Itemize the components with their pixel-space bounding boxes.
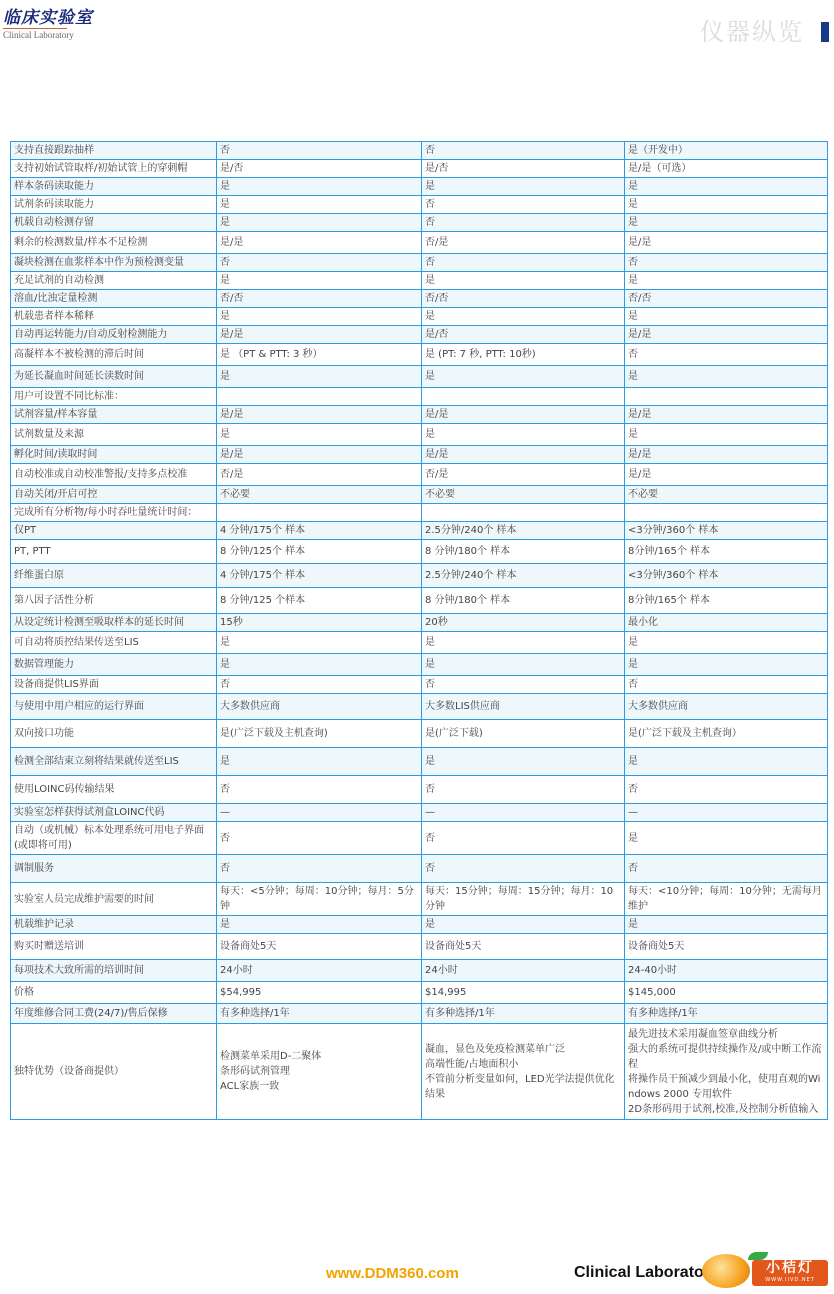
instrument-b-cell: 否	[422, 196, 625, 214]
row-label-cell: 检测全部结束立刻将结果就传送至LIS	[11, 748, 217, 776]
instrument-c-cell: 否	[625, 676, 828, 694]
instrument-c-cell: 是/是	[625, 446, 828, 464]
instrument-c-cell	[625, 388, 828, 406]
instrument-b-cell: 是/是	[422, 406, 625, 424]
instrument-a-cell: 检测菜单采用D-二聚体 条形码试剂管理 ACL家族一致	[217, 1024, 422, 1120]
instrument-b-cell: 是/否	[422, 326, 625, 344]
instrument-b-cell: 是	[422, 272, 625, 290]
table-row: 溶血/比浊定量检测否/否否/否否/否	[11, 290, 828, 308]
instrument-a-cell: 15秒	[217, 614, 422, 632]
table-row: 支持直接跟踪抽样否否是（开发中）	[11, 142, 828, 160]
instrument-b-cell: 2.5分钟/240个 样本	[422, 522, 625, 540]
instrument-b-cell: 是	[422, 916, 625, 934]
row-label-cell: 购买时赠送培训	[11, 934, 217, 960]
instrument-a-cell: 是/是	[217, 406, 422, 424]
row-label-cell: 第八因子活性分析	[11, 588, 217, 614]
instrument-a-cell: 设备商处5天	[217, 934, 422, 960]
table-row: 独特优势（设备商提供）检测菜单采用D-二聚体 条形码试剂管理 ACL家族一致凝血…	[11, 1024, 828, 1120]
instrument-c-cell: 是/是（可选）	[625, 160, 828, 178]
instrument-c-cell: 否	[625, 776, 828, 804]
table-row: 每项技术大致所需的培训时间24小时24小时24-40小时	[11, 960, 828, 982]
instrument-a-cell: —	[217, 804, 422, 822]
footer-brand-text: Clinical Laboratory	[574, 1264, 709, 1282]
table-row: 从设定统计检测至吸取样本的延长时间15秒20秒最小化	[11, 614, 828, 632]
table-row: 自动（或机械）标本处理系统可用电子界面(或即将可用)否否是	[11, 822, 828, 855]
instrument-b-cell: 24小时	[422, 960, 625, 982]
row-label-cell: 自动再运转能力/自动反射检测能力	[11, 326, 217, 344]
instrument-c-cell: 是/是	[625, 232, 828, 254]
instrument-a-cell: 是/是	[217, 446, 422, 464]
table-row: 机载自动检测存留是否是	[11, 214, 828, 232]
logo-chinese-text: 临床实验室	[3, 8, 67, 29]
instrument-b-cell: 是	[422, 748, 625, 776]
instrument-c-cell: 大多数供应商	[625, 694, 828, 720]
instrument-a-cell: 否	[217, 822, 422, 855]
table-row: 试剂容量/样本容量是/是是/是是/是	[11, 406, 828, 424]
instrument-c-cell: 否	[625, 855, 828, 883]
footer-url-link[interactable]: www.DDM360.com	[326, 1265, 459, 1282]
row-label-cell: 高凝样本不被检测的滞后时间	[11, 344, 217, 366]
table-row: 使用LOINC码传输结果否否否	[11, 776, 828, 804]
instrument-c-cell: 有多种选择/1年	[625, 1004, 828, 1024]
instrument-b-cell: 否	[422, 214, 625, 232]
instrument-a-cell: 24小时	[217, 960, 422, 982]
instrument-a-cell: 有多种选择/1年	[217, 1004, 422, 1024]
instrument-c-cell: 是(广泛下载及主机查询）	[625, 720, 828, 748]
instrument-b-cell: 否	[422, 676, 625, 694]
instrument-a-cell: 是	[217, 916, 422, 934]
instrument-c-cell: 是	[625, 916, 828, 934]
row-label-cell: 试剂条码读取能力	[11, 196, 217, 214]
instrument-b-cell: 凝血，显色及免疫检测菜单广泛 高端性能/占地面积小 不管前分析变量如何，LED光…	[422, 1024, 625, 1120]
instrument-a-cell: 大多数供应商	[217, 694, 422, 720]
row-label-cell: 价格	[11, 982, 217, 1004]
instrument-a-cell: 是	[217, 308, 422, 326]
table-row: 自动关闭/开启可控不必要不必要不必要	[11, 486, 828, 504]
row-label-cell: 凝块检测在血浆样本中作为预检测变量	[11, 254, 217, 272]
instrument-c-cell	[625, 504, 828, 522]
instrument-c-cell: $145,000	[625, 982, 828, 1004]
instrument-a-cell: 否/否	[217, 290, 422, 308]
table-row: 仅PT4 分钟/175个 样本2.5分钟/240个 样本<3分钟/360个 样本	[11, 522, 828, 540]
table-row: 实验室怎样获得试剂盒LOINC代码———	[11, 804, 828, 822]
instrument-c-cell: <3分钟/360个 样本	[625, 522, 828, 540]
instrument-b-cell: 是	[422, 178, 625, 196]
instrument-a-cell: 是	[217, 424, 422, 446]
row-label-cell: 调制服务	[11, 855, 217, 883]
table-row: 自动再运转能力/自动反射检测能力是/是是/否是/是	[11, 326, 828, 344]
orange-icon	[702, 1254, 750, 1288]
row-label-cell: 孵化时间/读取时间	[11, 446, 217, 464]
row-label-cell: 机载患者样本稀释	[11, 308, 217, 326]
instrument-b-cell: 是	[422, 366, 625, 388]
table-row: 可自动将质控结果传送至LIS是是是	[11, 632, 828, 654]
row-label-cell: 试剂数量及来源	[11, 424, 217, 446]
instrument-b-cell: 是/否	[422, 160, 625, 178]
row-label-cell: 实验室怎样获得试剂盒LOINC代码	[11, 804, 217, 822]
instrument-a-cell: 是	[217, 632, 422, 654]
instrument-b-cell: 否/是	[422, 464, 625, 486]
instrument-b-cell: —	[422, 804, 625, 822]
instrument-a-cell: 不必要	[217, 486, 422, 504]
instrument-a-cell: $54,995	[217, 982, 422, 1004]
table-row: 用户可设置不同比标准：	[11, 388, 828, 406]
row-label-cell: 充足试剂的自动检测	[11, 272, 217, 290]
instrument-b-cell: 设备商处5天	[422, 934, 625, 960]
table-row: 样本条码读取能力是是是	[11, 178, 828, 196]
instrument-b-cell: 是	[422, 424, 625, 446]
row-label-cell: 机载自动检测存留	[11, 214, 217, 232]
row-label-cell: 从设定统计检测至吸取样本的延长时间	[11, 614, 217, 632]
table-row: 高凝样本不被检测的滞后时间是 （PT & PTT: 3 秒）是 (PT: 7 秒…	[11, 344, 828, 366]
row-label-cell: 设备商提供LIS界面	[11, 676, 217, 694]
instrument-a-cell: 否	[217, 676, 422, 694]
table-row: 纤维蛋白原4 分钟/175个 样本2.5分钟/240个 样本<3分钟/360个 …	[11, 564, 828, 588]
instrument-a-cell: 4 分钟/175个 样本	[217, 522, 422, 540]
instrument-c-cell: 否	[625, 344, 828, 366]
instrument-c-cell: 不必要	[625, 486, 828, 504]
row-label-cell: 剩余的检测数量/样本不足检测	[11, 232, 217, 254]
instrument-c-cell: 是	[625, 632, 828, 654]
section-title: 仪器纵览	[700, 17, 804, 47]
instrument-a-cell: 是	[217, 654, 422, 676]
row-label-cell: 支持初始试管取样/初始试管上的穿刺帽	[11, 160, 217, 178]
leaf-icon	[748, 1252, 768, 1260]
table-row: 调制服务否否否	[11, 855, 828, 883]
instrument-b-cell: 否	[422, 142, 625, 160]
table-row: 机载患者样本稀释是是是	[11, 308, 828, 326]
instrument-a-cell: 每天：<5分钟；每周：10分钟；每月：5分钟	[217, 883, 422, 916]
row-label-cell: 年度维修合同工费(24/7)/售后保修	[11, 1004, 217, 1024]
instrument-a-cell: 否	[217, 855, 422, 883]
table-row: 检测全部结束立刻将结果就传送至LIS是是是	[11, 748, 828, 776]
instrument-b-cell: 否/是	[422, 232, 625, 254]
instrument-a-cell: 是	[217, 214, 422, 232]
instrument-b-cell: 是(广泛下载)	[422, 720, 625, 748]
row-label-cell: 双向接口功能	[11, 720, 217, 748]
instrument-b-cell: 每天：15分钟；每周：15分钟；每月：10分钟	[422, 883, 625, 916]
instrument-c-cell: 是	[625, 424, 828, 446]
instrument-a-cell: 否	[217, 776, 422, 804]
table-row: 购买时赠送培训设备商处5天设备商处5天设备商处5天	[11, 934, 828, 960]
row-label-cell: 用户可设置不同比标准：	[11, 388, 217, 406]
row-label-cell: 自动校准或自动校准警报/支持多点校准	[11, 464, 217, 486]
row-label-cell: 纤维蛋白原	[11, 564, 217, 588]
row-label-cell: 仅PT	[11, 522, 217, 540]
row-label-cell: 为延长凝血时间延长读数时间	[11, 366, 217, 388]
row-label-cell: 数据管理能力	[11, 654, 217, 676]
instrument-a-cell: 是/是	[217, 232, 422, 254]
instrument-b-cell: 不必要	[422, 486, 625, 504]
table-row: 自动校准或自动校准警报/支持多点校准否/是否/是是/是	[11, 464, 828, 486]
row-label-cell: 独特优势（设备商提供）	[11, 1024, 217, 1120]
instrument-b-cell: 否	[422, 855, 625, 883]
instrument-a-cell: 是/否	[217, 160, 422, 178]
table-row: 设备商提供LIS界面否否否	[11, 676, 828, 694]
table-row: 数据管理能力是是是	[11, 654, 828, 676]
instrument-a-cell: 4 分钟/175个 样本	[217, 564, 422, 588]
table-row: 充足试剂的自动检测是是是	[11, 272, 828, 290]
badge-chinese-text: 小桔灯	[752, 1260, 828, 1277]
row-label-cell: 样本条码读取能力	[11, 178, 217, 196]
instrument-a-cell: 是 （PT & PTT: 3 秒）	[217, 344, 422, 366]
section-marker-bar	[821, 22, 829, 42]
instrument-c-cell: 是/是	[625, 326, 828, 344]
instrument-b-cell: 否	[422, 254, 625, 272]
instrument-c-cell: 否/否	[625, 290, 828, 308]
row-label-cell: 实验室人员完成维护需要的时间	[11, 883, 217, 916]
row-label-cell: 溶血/比浊定量检测	[11, 290, 217, 308]
instrument-a-cell: 是	[217, 196, 422, 214]
instrument-c-cell: 每天：<10分钟；每周：10分钟；无需每月维护	[625, 883, 828, 916]
instrument-c-cell: <3分钟/360个 样本	[625, 564, 828, 588]
instrument-a-cell: 是(广泛下载及主机查询)	[217, 720, 422, 748]
instrument-b-cell: 否	[422, 822, 625, 855]
row-label-cell: 使用LOINC码传输结果	[11, 776, 217, 804]
instrument-c-cell: 8分钟/165个 样本	[625, 588, 828, 614]
instrument-c-cell: 是/是	[625, 464, 828, 486]
instrument-a-cell	[217, 388, 422, 406]
instrument-c-cell: 8分钟/165个 样本	[625, 540, 828, 564]
instrument-a-cell: 是	[217, 272, 422, 290]
instrument-b-cell: 有多种选择/1年	[422, 1004, 625, 1024]
instrument-c-cell: 最先进技术采用凝血签章曲线分析 强大的系统可提供持续操作及/或中断工作流程 将操…	[625, 1024, 828, 1120]
table-row: 实验室人员完成维护需要的时间每天：<5分钟；每周：10分钟；每月：5分钟每天：1…	[11, 883, 828, 916]
instrument-b-cell: 20秒	[422, 614, 625, 632]
row-label-cell: 可自动将质控结果传送至LIS	[11, 632, 217, 654]
instrument-c-cell: 是	[625, 196, 828, 214]
table-row: 支持初始试管取样/初始试管上的穿刺帽是/否是/否是/是（可选）	[11, 160, 828, 178]
instrument-a-cell: 否/是	[217, 464, 422, 486]
row-label-cell: 完成所有分析物/每小时吞吐量统计时间：	[11, 504, 217, 522]
instrument-b-cell: 8 分钟/180个 样本	[422, 588, 625, 614]
instrument-b-cell: 是	[422, 654, 625, 676]
instrument-c-cell: 是	[625, 178, 828, 196]
clinical-laboratory-logo: 临床实验室 Clinical Laboratory	[3, 8, 113, 41]
badge-label: 小桔灯 WWW.IIVD.NET	[752, 1260, 828, 1286]
row-label-cell: 每项技术大致所需的培训时间	[11, 960, 217, 982]
instrument-b-cell: 是 (PT: 7 秒, PTT: 10秒)	[422, 344, 625, 366]
row-label-cell: 自动（或机械）标本处理系统可用电子界面(或即将可用)	[11, 822, 217, 855]
instrument-c-cell: 最小化	[625, 614, 828, 632]
instrument-c-cell: 是	[625, 272, 828, 290]
instrument-a-cell: 是	[217, 748, 422, 776]
row-label-cell: 支持直接跟踪抽样	[11, 142, 217, 160]
table-row: 试剂条码读取能力是否是	[11, 196, 828, 214]
instrument-c-cell: —	[625, 804, 828, 822]
table-row: 价格$54,995$14,995$145,000	[11, 982, 828, 1004]
instrument-b-cell: 是	[422, 632, 625, 654]
instrument-b-cell: $14,995	[422, 982, 625, 1004]
instrument-c-cell: 是	[625, 214, 828, 232]
instrument-c-cell: 24-40小时	[625, 960, 828, 982]
logo-english-text: Clinical Laboratory	[3, 29, 113, 41]
instrument-a-cell: 8 分钟/125个 样本	[217, 540, 422, 564]
badge-url-text: WWW.IIVD.NET	[752, 1277, 828, 1284]
instrument-a-cell: 是/是	[217, 326, 422, 344]
instrument-b-cell: 否/否	[422, 290, 625, 308]
instrument-c-cell: 是/是	[625, 406, 828, 424]
instrument-a-cell: 是	[217, 366, 422, 388]
instrument-a-cell: 否	[217, 142, 422, 160]
instrument-c-cell: 是	[625, 308, 828, 326]
xiaojudeng-badge-logo: 小桔灯 WWW.IIVD.NET	[702, 1252, 830, 1290]
instrument-b-cell	[422, 388, 625, 406]
instrument-b-cell: 否	[422, 776, 625, 804]
instrument-c-cell: 是	[625, 822, 828, 855]
row-label-cell: 机载维护记录	[11, 916, 217, 934]
table-row: 完成所有分析物/每小时吞吐量统计时间：	[11, 504, 828, 522]
instrument-a-cell: 8 分钟/125 个样本	[217, 588, 422, 614]
instrument-b-cell: 2.5分钟/240个 样本	[422, 564, 625, 588]
table-row: 第八因子活性分析8 分钟/125 个样本8 分钟/180个 样本8分钟/165个…	[11, 588, 828, 614]
table-row: 孵化时间/读取时间是/是是/是是/是	[11, 446, 828, 464]
table-row: 剩余的检测数量/样本不足检测是/是否/是是/是	[11, 232, 828, 254]
table-row: 机载维护记录是是是	[11, 916, 828, 934]
instrument-a-cell	[217, 504, 422, 522]
table-row: 为延长凝血时间延长读数时间是是是	[11, 366, 828, 388]
table-row: 与使用中用户相应的运行界面大多数供应商大多数LIS供应商大多数供应商	[11, 694, 828, 720]
instrument-c-cell: 是	[625, 654, 828, 676]
instrument-comparison-table: 支持直接跟踪抽样否否是（开发中）支持初始试管取样/初始试管上的穿刺帽是/否是/否…	[10, 141, 828, 1120]
table-row: 双向接口功能是(广泛下载及主机查询)是(广泛下载)是(广泛下载及主机查询）	[11, 720, 828, 748]
row-label-cell: 与使用中用户相应的运行界面	[11, 694, 217, 720]
table-row: 年度维修合同工费(24/7)/售后保修有多种选择/1年有多种选择/1年有多种选择…	[11, 1004, 828, 1024]
instrument-b-cell: 是	[422, 308, 625, 326]
instrument-c-cell: 设备商处5天	[625, 934, 828, 960]
instrument-b-cell	[422, 504, 625, 522]
row-label-cell: 试剂容量/样本容量	[11, 406, 217, 424]
instrument-c-cell: 是	[625, 366, 828, 388]
instrument-b-cell: 大多数LIS供应商	[422, 694, 625, 720]
instrument-c-cell: 是	[625, 748, 828, 776]
instrument-b-cell: 是/是	[422, 446, 625, 464]
instrument-c-cell: 否	[625, 254, 828, 272]
table-row: 凝块检测在血浆样本中作为预检测变量否否否	[11, 254, 828, 272]
table-row: 试剂数量及来源是是是	[11, 424, 828, 446]
instrument-a-cell: 否	[217, 254, 422, 272]
instrument-c-cell: 是（开发中）	[625, 142, 828, 160]
instrument-b-cell: 8 分钟/180个 样本	[422, 540, 625, 564]
instrument-a-cell: 是	[217, 178, 422, 196]
row-label-cell: 自动关闭/开启可控	[11, 486, 217, 504]
row-label-cell: PT, PTT	[11, 540, 217, 564]
table-row: PT, PTT8 分钟/125个 样本8 分钟/180个 样本8分钟/165个 …	[11, 540, 828, 564]
